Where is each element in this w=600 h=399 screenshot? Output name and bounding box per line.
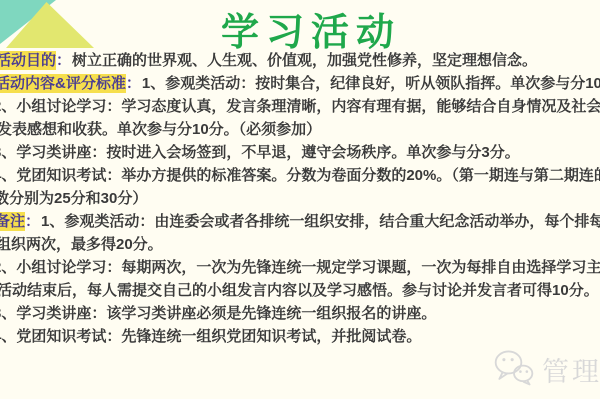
- line-text: 4、党团知识考试：举办方提供的标准答案。分数为卷面分数的20%。（第一期连与第二…: [0, 167, 600, 184]
- line-text: 4、党团知识考试：先锋连统一组织党团知识考试，并批阅试卷。: [0, 328, 421, 345]
- section-label-colon: ：: [56, 52, 72, 69]
- text-line: 3、学习类讲座：该学习类讲座必须是先锋连统一组织报名的讲座。: [0, 302, 600, 325]
- line-text: 发表感想和收获。单次参与分10分。（必须参加）: [0, 121, 321, 138]
- line-text: 3、学习类讲座：该学习类讲座必须是先锋连统一组织报名的讲座。: [0, 305, 436, 322]
- text-line: 活动结束后，每人需提交自己的小组发言内容以及学习感悟。参与讨论并发言者可得10分…: [0, 279, 600, 302]
- text-line: 活动目的：树立正确的世界观、人生观、价值观，加强党性修养，坚定理想信念。: [0, 49, 600, 72]
- section-label-highlight: 活动内容&评分标准: [0, 74, 126, 93]
- text-line: 组织两次，最多得20分。: [0, 233, 600, 256]
- text-line: 3、学习类讲座：按时进入会场签到，不早退，遵守会场秩序。单次参与分3分。: [0, 141, 600, 164]
- text-line: 2、小组讨论学习：学习态度认真，发言条理清晰，内容有理有据，能够结合自身情况及社…: [0, 95, 600, 118]
- line-text: 1、参观类活动：按时集合，纪律良好，听从领队指挥。单次参与分10分。: [142, 75, 600, 92]
- section-label-highlight: 备注: [0, 212, 25, 231]
- line-text: 1、参观类活动：由连委会或者各排统一组织安排，结合重大纪念活动举办，每个排每学期: [41, 213, 600, 230]
- line-text: 3、学习类讲座：按时进入会场签到，不早退，遵守会场秩序。单次参与分3分。: [0, 144, 520, 161]
- line-text: 树立正确的世界观、人生观、价值观，加强党性修养，坚定理想信念。: [72, 52, 537, 69]
- section-label-highlight: 活动目的: [0, 51, 56, 70]
- section-label-colon: ：: [126, 75, 142, 92]
- text-line: 4、党团知识考试：先锋连统一组织党团知识考试，并批阅试卷。: [0, 325, 600, 348]
- line-text: 组织两次，最多得20分。: [0, 236, 163, 253]
- slide-title: 学习活动: [0, 1, 600, 56]
- line-text: 活动结束后，每人需提交自己的小组发言内容以及学习感悟。参与讨论并发言者可得10分…: [0, 282, 599, 299]
- line-text: 数分别为25分和30分）: [0, 190, 147, 207]
- watermark-text: 管理之: [542, 350, 600, 389]
- watermark: 管理之: [492, 346, 600, 392]
- wechat-icon: [492, 347, 536, 392]
- text-line: 活动内容&评分标准：1、参观类活动：按时集合，纪律良好，听从领队指挥。单次参与分…: [0, 72, 600, 95]
- line-text: 2、小组讨论学习：学习态度认真，发言条理清晰，内容有理有据，能够结合自身情况及社…: [0, 98, 600, 115]
- slide-background: 学习活动 活动目的：树立正确的世界观、人生观、价值观，加强党性修养，坚定理想信念…: [0, 0, 600, 399]
- text-line: 备注：1、参观类活动：由连委会或者各排统一组织安排，结合重大纪念活动举办，每个排…: [0, 210, 600, 233]
- text-line: 数分别为25分和30分）: [0, 187, 600, 210]
- content-area: 活动目的：树立正确的世界观、人生观、价值观，加强党性修养，坚定理想信念。活动内容…: [0, 49, 600, 348]
- section-label-colon: ：: [25, 213, 41, 230]
- line-text: 2、小组讨论学习：每期两次，一次为先锋连统一规定学习课题，一次为每排自由选择学习…: [0, 259, 600, 276]
- text-line: 2、小组讨论学习：每期两次，一次为先锋连统一规定学习课题，一次为每排自由选择学习…: [0, 256, 600, 279]
- text-line: 发表感想和收获。单次参与分10分。（必须参加）: [0, 118, 600, 141]
- text-line: 4、党团知识考试：举办方提供的标准答案。分数为卷面分数的20%。（第一期连与第二…: [0, 164, 600, 187]
